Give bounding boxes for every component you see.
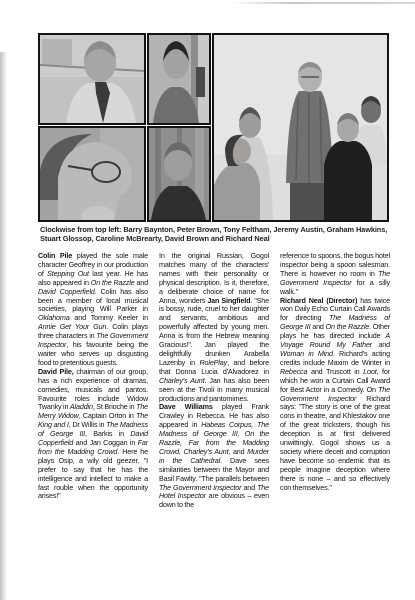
photo-man-dark-shirt [149, 128, 209, 220]
paragraph: Richard Neal (Director) has twice won Da… [280, 297, 390, 493]
play-title: Annie Get Your Gun [38, 322, 106, 331]
text-run: . "She is bossy, rude, cruel to her daug… [159, 296, 269, 367]
text-run: and [241, 483, 257, 492]
play-title: David Copperfield [38, 287, 95, 296]
article-columns: Colin Pile played the sole male characte… [38, 252, 389, 510]
text-run: . Here he plays Osip, a wily old geezer.… [38, 447, 148, 501]
page-edge-line [232, 2, 415, 4]
text-run: and Tommy Keeler in [70, 313, 148, 322]
person-name: David Pile, [38, 367, 74, 376]
text-column-2: In the original Russian, Gogol matches m… [159, 252, 269, 510]
text-run: , Captain Orton in [79, 411, 136, 420]
text-run: , Barkis in [85, 429, 130, 438]
text-run: and [372, 340, 390, 349]
text-run: , St Brioche in [93, 402, 136, 411]
play-title: On the Razzle [326, 322, 370, 331]
photo-bottom-left [38, 126, 146, 222]
paragraph: David Pile, chairman of our group, has a… [38, 368, 148, 502]
photo-bottom-middle [147, 126, 211, 222]
play-title: On the Razzle [91, 278, 135, 287]
text-run: and [135, 278, 148, 287]
paragraph: Colin Pile played the sole male characte… [38, 252, 148, 368]
play-title: RolePlay [199, 358, 227, 367]
photo-cast-group [214, 35, 387, 220]
person-name: Dave Williams [159, 402, 213, 411]
photo-caption: Clockwise from top left: Barry Baynton, … [40, 226, 388, 244]
photo-man-with-tie [40, 35, 144, 123]
play-title: Woman in Mind [280, 349, 333, 358]
text-run: Richard says: "The story is one of the g… [280, 394, 390, 492]
text-run: reference to spoons, the bogus hotel ins… [280, 251, 390, 278]
text-run: and Jan Coggan in [73, 438, 138, 447]
photo-top-left [38, 33, 146, 125]
text-column-3: reference to spoons, the bogus hotel ins… [280, 252, 390, 510]
person-name: Richard Neal (Director) [280, 296, 357, 305]
photo-profile-glasses [40, 128, 144, 220]
text-run: and Truscott in [307, 367, 363, 376]
play-title: Aladdin [70, 402, 93, 411]
text-run: , Dr Willis in [69, 420, 106, 429]
photo-top-middle [147, 33, 211, 125]
person-name: Colin Pile [38, 251, 72, 260]
play-title: Rebecca [280, 367, 307, 376]
text-run: and [230, 447, 247, 456]
photo-young-man [149, 35, 209, 123]
scan-shadow-left [0, 52, 7, 600]
paragraph: In the original Russian, Gogol matches m… [159, 252, 269, 403]
play-title: Charley's Aunt [159, 376, 204, 385]
play-title: The Government Inspector [159, 483, 241, 492]
text-column-1: Colin Pile played the sole male characte… [38, 252, 148, 510]
paragraph: Dave Williams played Frank Crawley in Re… [159, 403, 269, 510]
play-title: Stepping Out [47, 269, 89, 278]
programme-page: Clockwise from top left: Barry Baynton, … [0, 0, 415, 600]
photo-group-right [212, 33, 389, 222]
paragraph: reference to spoons, the bogus hotel ins… [280, 252, 390, 297]
play-title: Loot [363, 367, 376, 376]
play-title: Oklahoma [38, 313, 70, 322]
text-run: and [310, 322, 325, 331]
person-name: Jan Singfield [207, 296, 250, 305]
